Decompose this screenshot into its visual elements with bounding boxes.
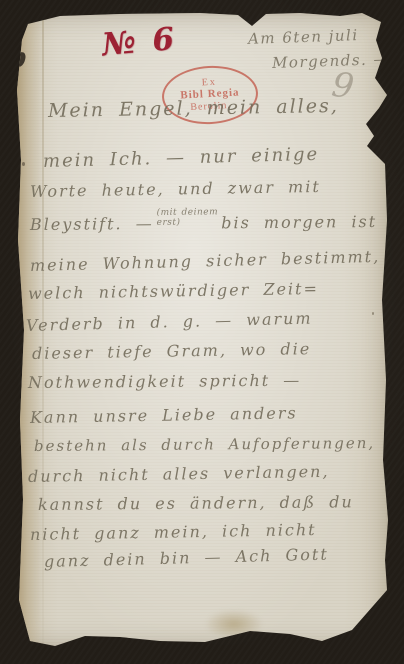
line4-pre: Bleystift. —: [30, 214, 154, 234]
manuscript-line: bestehn als durch Aufopferungen,: [34, 434, 375, 455]
manuscript-line: dieser tiefe Gram, wo die: [32, 339, 312, 363]
catalog-number-mark: № 6: [101, 21, 179, 63]
insertion-bottom: erst): [157, 218, 219, 228]
paper-speck: [22, 162, 25, 166]
folio-note: 55a: [34, 14, 47, 22]
manuscript-line: mein Ich. — nur einige: [43, 144, 320, 172]
manuscript-line: nicht ganz mein, ich nicht: [30, 520, 317, 544]
date-annotation-line1: Am 6ten juli: [248, 26, 359, 48]
paper-stain: [206, 610, 262, 638]
manuscript-scan: 55a № 6 Am 6ten juli Morgends. — 9 Ex Bi…: [0, 0, 404, 664]
paper-speck: [372, 312, 374, 315]
manuscript-line: Bleystift. —(mit deinemerst)bis morgen i…: [30, 212, 377, 235]
line4-rest: bis morgen ist: [221, 212, 377, 232]
letter-page: 55a № 6 Am 6ten juli Morgends. — 9 Ex Bi…: [14, 12, 390, 648]
manuscript-line: Worte heute, und zwar mit: [30, 177, 321, 201]
manuscript-line: meine Wohnung sicher bestimmt,: [30, 247, 381, 275]
manuscript-line: welch nichtswürdiger Zeit=: [28, 279, 319, 303]
manuscript-line: Verderb in d. g. — warum: [26, 308, 313, 334]
date-annotation-line2: Morgends. —: [272, 50, 391, 72]
manuscript-line: ganz dein bin — Ach Gott: [44, 545, 329, 571]
manuscript-line: Nothwendigkeit spricht —: [28, 371, 301, 392]
manuscript-line: Mein Engel, mein alles,: [48, 95, 339, 122]
manuscript-line: kannst du es ändern, daß du: [38, 492, 354, 514]
manuscript-line: Kann unsre Liebe anders: [30, 403, 298, 427]
interlinear-insertion: (mit deinemerst): [157, 208, 219, 228]
manuscript-line: durch nicht alles verlangen,: [28, 462, 330, 486]
